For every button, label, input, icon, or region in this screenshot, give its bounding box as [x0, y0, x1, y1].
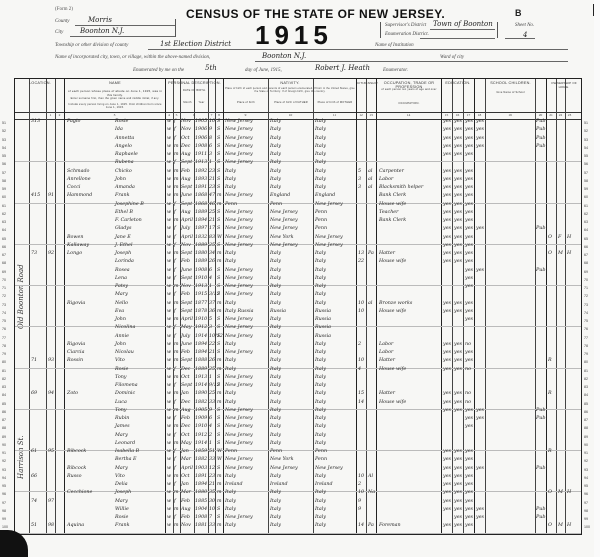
cell-surname: Bibcock — [67, 466, 86, 472]
cell-year: 1882 — [195, 400, 207, 406]
group-education: EDUCATION. — [442, 81, 474, 85]
table-row: AnrelloneJohnwmAug189321SItalyItalyItaly… — [15, 178, 581, 186]
line-number-left: 89 — [2, 435, 6, 439]
cell-age: 12 — [209, 466, 215, 472]
cell-mother: England — [315, 193, 335, 199]
cell-mort: M — [558, 523, 563, 529]
cell-year: 1897 — [195, 226, 207, 232]
supervisor-label: Supervisor's District — [385, 23, 426, 28]
cell-father: Italy — [270, 441, 281, 447]
cell-age: 21 — [209, 482, 215, 488]
line-number-left: 74 — [2, 311, 6, 315]
cell-status: S — [217, 507, 220, 513]
line-number-left: 81 — [2, 369, 6, 373]
cell-birth: New Jersey — [225, 457, 253, 463]
cell-father: Italy — [270, 433, 281, 439]
line-number-right: 55 — [584, 154, 588, 158]
cell-birth: New Jersey — [225, 127, 253, 133]
cell-school: yes — [476, 515, 484, 521]
line-number-right: 72 — [584, 294, 588, 298]
cell-speak: no — [465, 400, 471, 406]
incorporated-value: Boonton N.J. — [262, 52, 306, 60]
cell-occupation: Carpenter — [379, 169, 404, 175]
cell-mother: Italy — [315, 416, 326, 422]
line-number-left: 52 — [2, 129, 6, 133]
cell-color: w — [167, 400, 171, 406]
cell-occupation: Labor — [379, 350, 393, 356]
col-num: 2 — [55, 113, 64, 117]
cell-occupation: House wife — [379, 400, 406, 406]
line-number-left: 56 — [2, 162, 6, 166]
line-number-right: 70 — [584, 278, 588, 282]
line-number-left: 97 — [2, 501, 6, 505]
cell-age: 5 — [209, 317, 212, 323]
cell-status: S — [217, 152, 220, 158]
cell-father: Italy — [270, 144, 281, 150]
cell-age: 25 — [209, 243, 215, 249]
cell-school-type: Pub — [536, 268, 545, 274]
cell-year: 1906 — [195, 127, 207, 133]
cell-birth: New Jersey — [225, 144, 253, 150]
cell-birth: New Jersey — [225, 317, 253, 323]
cell-status: m — [217, 358, 222, 364]
col-num: 14 — [376, 113, 441, 117]
cell-given: Delia — [115, 482, 128, 488]
cell-status: m — [217, 251, 222, 257]
cell-father: Italy — [270, 523, 281, 529]
cell-occupation: Hatter — [379, 391, 395, 397]
cell-status: m — [217, 482, 222, 488]
cell-mother: Italy — [315, 301, 326, 307]
cell-color: w — [167, 383, 171, 389]
line-number-left: 62 — [2, 212, 6, 216]
cell-nat: Al — [368, 474, 373, 480]
cell-read: yes — [443, 342, 451, 348]
cell-sex: m — [174, 251, 179, 257]
cell-status: S — [217, 408, 220, 414]
cell-color: w — [167, 523, 171, 529]
cell-yrs: 15 — [358, 391, 364, 397]
cell-speak: yes — [465, 474, 473, 480]
cell-speak: yes — [465, 119, 473, 125]
brace — [497, 22, 498, 38]
cell-sex: m — [174, 424, 179, 430]
cell-color: w — [167, 515, 171, 521]
cell-surname: Bibcock — [67, 449, 86, 455]
cell-year: 1914 — [195, 441, 207, 447]
date-of-birth-header: DATE OF BIRTH. — [181, 89, 208, 92]
table-row: RigoviaJohnwmJune189422SItalyItalyItaly2… — [15, 343, 581, 351]
cell-age: 3 — [209, 152, 212, 158]
cell-sex: m — [174, 284, 179, 290]
cell-speak: yes — [465, 301, 473, 307]
col-num: 7 — [208, 113, 215, 117]
col-num: 11 — [313, 113, 356, 117]
cell-speak: yes — [465, 169, 473, 175]
cell-year: 1903 — [195, 466, 207, 472]
cell-yrs: 22 — [358, 259, 364, 265]
cell-given: Filomena — [115, 383, 138, 389]
cell-write: yes — [454, 202, 462, 208]
cell-birth: New Jersey — [225, 243, 253, 249]
cell-sex: f — [174, 226, 176, 232]
cell-write: yes — [454, 177, 462, 183]
cell-mort: M — [558, 490, 563, 496]
supervisor-line — [430, 29, 495, 30]
cell-year: 1881 — [195, 523, 207, 529]
cell-given: Lorinda — [115, 259, 134, 265]
cell-speak: yes — [465, 177, 473, 183]
cell-own: R — [548, 449, 552, 455]
cell-given: Angelo — [115, 144, 132, 150]
cell-color: w — [167, 342, 171, 348]
cell-yrs: 9 — [358, 499, 361, 505]
cell-school: yes — [476, 136, 484, 142]
cell-read: yes — [443, 202, 451, 208]
cell-sex: f — [174, 259, 176, 265]
cell-father: Italy — [270, 160, 281, 166]
cell-surname: Schmado — [67, 169, 89, 175]
line-number-left: 83 — [2, 385, 6, 389]
cell-month: Sept — [181, 383, 192, 389]
cell-month: Feb — [181, 350, 190, 356]
cell-birth: Italy — [225, 367, 236, 373]
cell-given: John — [115, 177, 126, 183]
cell-read: yes — [443, 482, 451, 488]
cell-mother: Italy — [315, 433, 326, 439]
cell-color: w — [167, 499, 171, 505]
cell-status: S — [217, 226, 220, 232]
cell-father: Penn — [270, 202, 282, 208]
cell-given: Rosie — [115, 119, 128, 125]
cell-age: 21 — [209, 177, 215, 183]
line-number-right: 61 — [584, 204, 588, 208]
cell-color: w — [167, 391, 171, 397]
cell-month: Dec — [181, 400, 190, 406]
cell-dwelling: 71 — [31, 358, 37, 364]
cell-month: June — [181, 193, 192, 199]
cell-year: 1868 — [195, 193, 207, 199]
incorporated-line — [255, 61, 568, 62]
cell-family: 98 — [48, 523, 54, 529]
table-row: RoseawfJune19086SNew JerseyItalyItalyyes… — [15, 269, 581, 277]
cell-write: yes — [454, 309, 462, 315]
cell-month: April — [181, 235, 193, 241]
cell-age: 25 — [209, 391, 215, 397]
cell-read: yes — [443, 449, 451, 455]
cell-month: Feb — [181, 259, 190, 265]
county-value: Morris — [88, 16, 112, 24]
cell-status: S — [217, 515, 220, 521]
line-number-right: 60 — [584, 195, 588, 199]
cell-dwelling: 61 — [31, 449, 37, 455]
supervisor-value: Town of Boonton — [433, 20, 493, 28]
cell-age: 26 — [209, 358, 215, 364]
cell-color: w — [167, 202, 171, 208]
cell-father: Italy — [270, 424, 281, 430]
cell-color: w — [167, 169, 171, 175]
cell-family: 97 — [48, 499, 54, 505]
cell-occupation: Foreman — [379, 523, 401, 529]
cell-speak: yes — [465, 449, 473, 455]
cell-year: 1908 — [195, 515, 207, 521]
cell-year: 1914 — [195, 383, 207, 389]
cell-status: W — [217, 449, 222, 455]
cell-father: Italy — [270, 507, 281, 513]
cell-birth: Italy — [225, 342, 236, 348]
cell-surname: Cecchione — [67, 490, 92, 496]
line-number-right: 71 — [584, 286, 588, 290]
cell-sex: f — [174, 160, 176, 166]
cell-given: Rosea — [115, 268, 130, 274]
cell-status: S — [217, 268, 220, 274]
line-number-left: 87 — [2, 418, 6, 422]
cell-nat: al — [368, 185, 372, 191]
cell-sex: f — [174, 268, 176, 274]
cell-color: w — [167, 136, 171, 142]
cell-given: Raphaele — [115, 152, 138, 158]
cell-age: 21 — [209, 218, 215, 224]
cell-sex: m — [174, 301, 179, 307]
cell-month: Sept — [181, 251, 192, 257]
cell-color: w — [167, 210, 171, 216]
cell-status: S — [217, 342, 220, 348]
col-num: 23 — [565, 113, 574, 117]
line-number-right: 79 — [584, 352, 588, 356]
cell-yrs: 4 — [358, 367, 361, 373]
table-row: FilomenawfSept19149/12SNew JerseyItalyIt… — [15, 384, 581, 392]
cell-status: S — [217, 334, 220, 340]
cell-month: May — [181, 441, 191, 447]
cell-mother: Italy — [315, 284, 326, 290]
cell-color: w — [167, 284, 171, 290]
cell-speak: yes — [465, 523, 473, 529]
cell-age: 6 — [209, 144, 212, 150]
name-note-2: Include every person living on June 1, 1… — [67, 103, 163, 109]
cell-sex: f — [174, 119, 176, 125]
table-row: RubinwfFeb19096SNew JerseyItalyItalyyesy… — [15, 417, 581, 425]
cell-dwelling: 74 — [31, 499, 37, 505]
cell-speak: yes — [465, 136, 473, 142]
table-row: 6195BibcockIsabella BwfJan185951WPennPen… — [15, 450, 581, 458]
cell-month: April — [181, 218, 193, 224]
cell-status: W — [217, 235, 222, 241]
cell-mother: New Jersey — [315, 235, 343, 241]
cell-read: yes — [443, 391, 451, 397]
occupation-desc: of each person ten years of age and over — [378, 88, 440, 91]
cell-nat: Na — [368, 490, 375, 496]
line-number-right: 67 — [584, 253, 588, 257]
cell-month: Aug — [181, 152, 191, 158]
cell-speak: yes — [465, 152, 473, 158]
line-number-left: 84 — [2, 393, 6, 397]
cell-year: 1880 — [195, 490, 207, 496]
table-row: 6994ZotoDominicwmJan189025mItalyItalyIta… — [15, 392, 581, 400]
cell-write: yes — [454, 474, 462, 480]
cell-speak: yes — [465, 268, 473, 274]
col-num: 6 — [180, 113, 208, 117]
cell-status: S — [217, 218, 220, 224]
cell-school-type: Pub — [536, 466, 545, 472]
cell-year: 1910 — [195, 276, 207, 282]
cell-read: yes — [443, 490, 451, 496]
cell-status: m — [217, 301, 222, 307]
group-school: SCHOOL CHILDREN. — [475, 81, 546, 85]
census-year: 1915 — [255, 20, 333, 51]
cell-read: yes — [443, 218, 451, 224]
cell-age: 37 — [209, 301, 215, 307]
cell-age: 34 — [209, 251, 215, 257]
cell-given: Annetta — [115, 136, 134, 142]
cell-mother: Italy — [315, 185, 326, 191]
cell-mother: Penn — [315, 210, 327, 216]
cell-father: England — [270, 193, 290, 199]
cell-sex: m — [174, 152, 179, 158]
nativity-desc: Place of birth of each person and parent… — [225, 87, 355, 93]
cell-birth: Italy — [225, 391, 236, 397]
cell-sex: f — [174, 482, 176, 488]
cell-mother: Italy — [315, 350, 326, 356]
group-name: NAME — [65, 81, 165, 85]
form-letter: B — [515, 8, 522, 18]
cell-year: 1894 — [195, 218, 207, 224]
line-number-right: 95 — [584, 484, 588, 488]
cell-sex: f — [174, 367, 176, 373]
cell-year: 1908 — [195, 268, 207, 274]
line-number-right: 73 — [584, 303, 588, 307]
cell-write: yes — [454, 358, 462, 364]
line-number-left: 90 — [2, 443, 6, 447]
month-header: Month — [181, 101, 194, 104]
cell-year: 1878 — [195, 309, 207, 315]
enumerated-label: Enumerated by me on the — [133, 68, 184, 73]
cell-occupation: Hatter — [379, 251, 395, 257]
cell-sex: f — [174, 210, 176, 216]
line-number-right: 83 — [584, 385, 588, 389]
cell-occupation: House wife — [379, 309, 406, 315]
cell-mother: Italy — [315, 276, 326, 282]
cell-given: Leonard — [115, 441, 135, 447]
cell-birth: New Jersey — [225, 152, 253, 158]
cell-given: Nicolau — [115, 350, 134, 356]
cell-read: yes — [443, 367, 451, 373]
line-number-right: 99 — [584, 517, 588, 521]
cell-surname: Anrellone — [67, 177, 91, 183]
cell-surname: Rigovia — [67, 301, 85, 307]
cell-month: July — [181, 226, 190, 232]
line-number-left: 94 — [2, 476, 6, 480]
cell-sex: f — [174, 276, 176, 282]
page-title: CENSUS OF THE STATE OF NEW JERSEY. — [186, 7, 445, 21]
cell-write: yes — [454, 515, 462, 521]
table-row: RubenawfSept19131SNew JerseyItalyItaly — [15, 161, 581, 169]
cell-age: 9 — [209, 127, 212, 133]
cell-speak: yes — [465, 243, 473, 249]
cell-write: yes — [454, 466, 462, 472]
cell-speak: no — [465, 342, 471, 348]
table-row: MarywfOct19122SNew JerseyItalyItaly — [15, 434, 581, 442]
cell-color: w — [167, 268, 171, 274]
cell-month: Oct — [181, 433, 190, 439]
line-number-left: 58 — [2, 179, 6, 183]
cell-status: m — [217, 400, 222, 406]
cell-birth: Penn — [225, 449, 237, 455]
line-number-left: 76 — [2, 327, 6, 331]
cell-mother: Italy — [315, 127, 326, 133]
cell-sex: m — [174, 185, 179, 191]
cell-father: New Jersey — [270, 243, 298, 249]
cell-status: m — [217, 499, 222, 505]
cell-given: Vito — [115, 358, 125, 364]
cell-father: New York — [270, 457, 294, 463]
cell-yrs: 3 — [358, 177, 361, 183]
cell-given: Bertha E — [115, 457, 137, 463]
line-number-left: 51 — [2, 121, 6, 125]
cell-dwelling: 73 — [31, 251, 37, 257]
cell-color: w — [167, 350, 171, 356]
cell-month: Aug — [181, 408, 191, 414]
cell-father: Italy — [270, 367, 281, 373]
cell-color: w — [167, 226, 171, 232]
col-num: 10 — [268, 113, 313, 117]
cell-sex: m — [174, 169, 179, 175]
cell-speak: yes — [465, 317, 473, 323]
cell-birth: Penn — [225, 202, 237, 208]
cell-color: w — [167, 441, 171, 447]
line-number-left: 100 — [2, 525, 8, 529]
cell-school: yes — [476, 127, 484, 133]
cell-given: Tony — [115, 408, 127, 414]
cell-year: 1859 — [195, 449, 207, 455]
cell-father: Italy — [270, 325, 281, 331]
cell-mother: New Jersey — [315, 243, 343, 249]
col-num: 21 — [546, 113, 556, 117]
line-number-right: 78 — [584, 344, 588, 348]
line-number-right: 97 — [584, 501, 588, 505]
cell-age: 30 — [209, 499, 215, 505]
line-number-right: 62 — [584, 212, 588, 216]
cell-read: yes — [443, 169, 451, 175]
cell-color: w — [167, 193, 171, 199]
cell-status: S — [217, 424, 220, 430]
table-row: F. CarletonwmApril189421SNew JerseyNew J… — [15, 219, 581, 227]
cell-write: yes — [454, 523, 462, 529]
cell-color: w — [167, 301, 171, 307]
line-number-left: 64 — [2, 228, 6, 232]
cell-dwelling: 66 — [31, 474, 37, 480]
census-sheet: (Form 2) CENSUS OF THE STATE OF NEW JERS… — [0, 0, 600, 557]
line-number-left: 78 — [2, 344, 6, 348]
cell-month: Feb — [181, 499, 190, 505]
col-num: 12 — [356, 113, 366, 117]
cell-given: Josephine B — [115, 202, 144, 208]
cell-read: yes — [443, 523, 451, 529]
table-row: NicolinawfMay19123SNew JerseyItalyRussia — [15, 326, 581, 334]
cell-given: Nello — [115, 301, 128, 307]
form-number: (Form 2) — [55, 7, 73, 12]
table-row: BibcockMarywfApril190312SNew JerseyNew J… — [15, 467, 581, 475]
cell-age: 83 — [209, 235, 215, 241]
cell-given: Patsy — [115, 284, 128, 290]
cell-mother: Russia — [315, 325, 331, 331]
cell-family: 91 — [48, 193, 54, 199]
cell-sex: f — [174, 334, 176, 340]
cell-yrs: 10 — [358, 309, 364, 315]
cell-given: Mary — [115, 292, 128, 298]
cell-mother: Penn — [315, 449, 327, 455]
cell-father: Italy — [270, 416, 281, 422]
cell-sex: f — [174, 433, 176, 439]
